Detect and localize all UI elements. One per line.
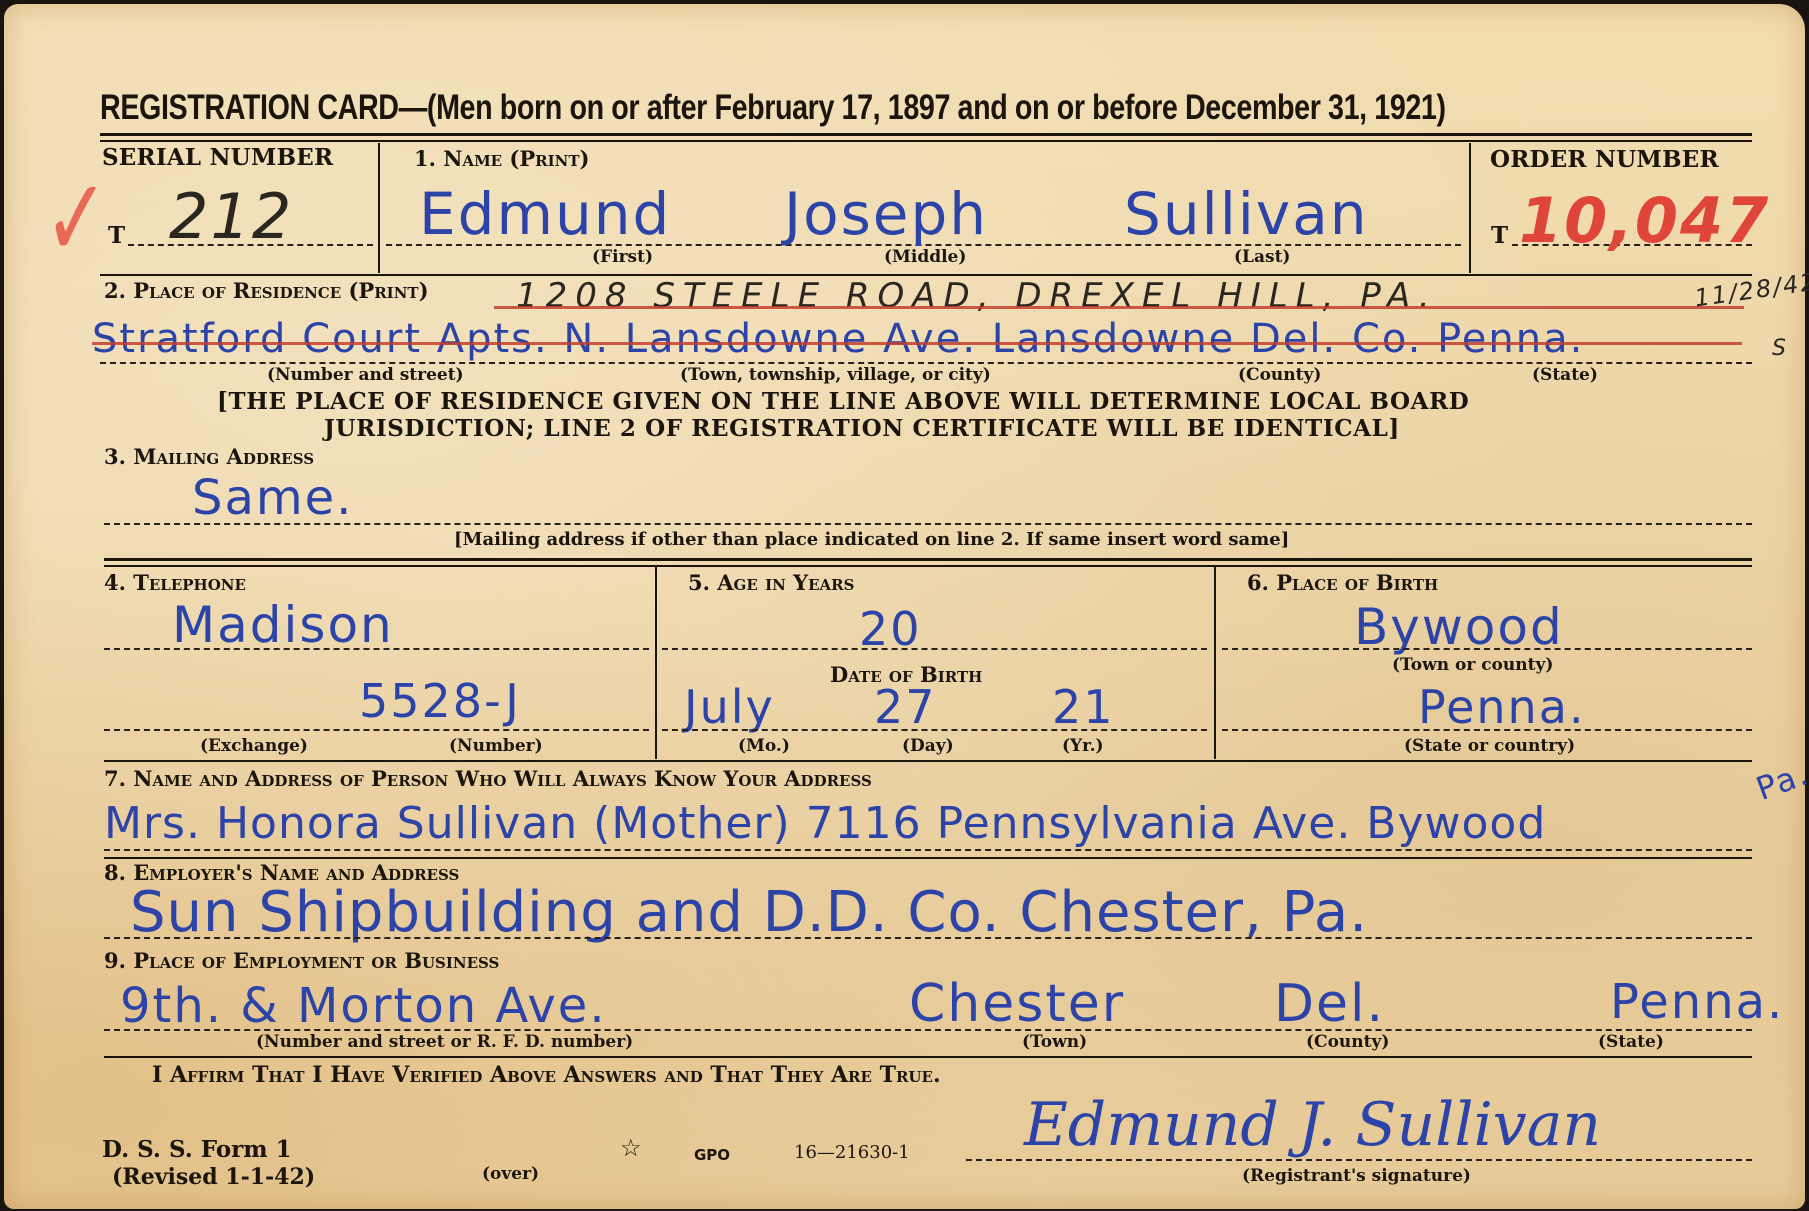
registrant-signature: Edmund J. Sullivan bbox=[1024, 1090, 1601, 1160]
contact-state-value: Pa. bbox=[1751, 754, 1809, 808]
star-icon: ☆ bbox=[620, 1134, 642, 1162]
employment-state-caption: (State) bbox=[1598, 1032, 1664, 1052]
affirmation-text: I Affirm That I Have Verified Above Answ… bbox=[152, 1062, 941, 1088]
residence-caption-town: (Town, township, village, or city) bbox=[680, 365, 991, 385]
mailing-address-value: Same. bbox=[192, 470, 353, 526]
birth-state-caption: (State or country) bbox=[1404, 736, 1575, 756]
row3-rule-bottom bbox=[104, 565, 1752, 567]
card-title: REGISTRATION CARD—(Men born on or after … bbox=[100, 88, 1446, 128]
signature-caption: (Registrant's signature) bbox=[1242, 1166, 1471, 1186]
contact-value: Mrs. Honora Sullivan (Mother) 7116 Penns… bbox=[104, 798, 1546, 849]
form-revised: (Revised 1-1-42) bbox=[112, 1164, 315, 1190]
last-caption: (Last) bbox=[1234, 247, 1290, 267]
age-line bbox=[662, 648, 1207, 650]
employment-town-value: Chester bbox=[909, 974, 1125, 1034]
order-number-value: 10,047 bbox=[1519, 184, 1770, 257]
print-code: 16—21630-1 bbox=[794, 1142, 910, 1163]
telephone-number-line bbox=[104, 729, 649, 731]
over-note: (over) bbox=[482, 1164, 539, 1184]
age-birth-divider bbox=[1214, 567, 1216, 759]
residence-strike-line-1 bbox=[494, 306, 1744, 309]
employment-place-label: 9. Place of Employment or Business bbox=[104, 948, 499, 973]
signature-line bbox=[966, 1159, 1752, 1161]
old-residence-value: Stratford Court Apts. N. Lansdowne Ave. … bbox=[92, 316, 1584, 362]
birth-town-caption: (Town or county) bbox=[1392, 655, 1553, 675]
mailing-note: [Mailing address if other than place ind… bbox=[454, 529, 1289, 550]
year-caption: (Yr.) bbox=[1062, 736, 1104, 756]
telephone-exchange-line bbox=[104, 648, 649, 650]
middle-caption: (Middle) bbox=[884, 247, 966, 267]
telephone-age-divider bbox=[655, 567, 657, 759]
employment-line bbox=[104, 1029, 1752, 1031]
residence-caption-state: (State) bbox=[1532, 365, 1598, 385]
birth-state-value: Penna. bbox=[1418, 680, 1586, 734]
row3-rule-top bbox=[104, 558, 1752, 561]
check-mark-icon: ✓ bbox=[44, 154, 110, 282]
name-label: 1. Name (Print) bbox=[414, 146, 589, 171]
residence-label: 2. Place of Residence (Print) bbox=[104, 278, 429, 303]
telephone-exchange-value: Madison bbox=[172, 596, 394, 654]
registration-card: REGISTRATION CARD—(Men born on or after … bbox=[4, 4, 1805, 1209]
birth-state-line bbox=[1222, 729, 1752, 731]
middle-name-value: Joseph bbox=[784, 180, 988, 248]
mailing-line bbox=[104, 523, 1752, 525]
serial-prefix: T bbox=[108, 222, 125, 249]
residence-notice-line-2: JURISDICTION; LINE 2 OF REGISTRATION CER… bbox=[324, 415, 1400, 442]
birth-month-value: July bbox=[684, 680, 775, 734]
first-caption: (First) bbox=[592, 247, 653, 267]
employer-value: Sun Shipbuilding and D.D. Co. Chester, P… bbox=[130, 880, 1368, 945]
order-number-label: ORDER NUMBER bbox=[1490, 146, 1719, 173]
form-name: D. S. S. Form 1 bbox=[102, 1136, 292, 1163]
row9-rule bbox=[104, 1056, 1752, 1058]
employment-county-caption: (County) bbox=[1306, 1032, 1389, 1052]
number-caption: (Number) bbox=[449, 736, 543, 756]
residence-line bbox=[100, 362, 1752, 364]
employer-line bbox=[104, 937, 1752, 939]
exchange-caption: (Exchange) bbox=[200, 736, 308, 756]
row4-rule bbox=[104, 760, 1752, 762]
telephone-label: 4. Telephone bbox=[104, 570, 246, 595]
residence-caption-county: (County) bbox=[1238, 365, 1321, 385]
employment-state-value: Penna. bbox=[1610, 974, 1784, 1030]
row7-rule bbox=[104, 857, 1752, 859]
residence-change-initial: S bbox=[1772, 336, 1788, 361]
order-prefix: T bbox=[1491, 222, 1508, 249]
serial-divider bbox=[378, 143, 380, 273]
new-residence-value: 1208 STEELE ROAD, DREXEL HILL, PA. bbox=[516, 276, 1438, 316]
residence-notice-line-1: [THE PLACE OF RESIDENCE GIVEN ON THE LIN… bbox=[217, 388, 1469, 415]
birth-year-value: 21 bbox=[1052, 680, 1115, 734]
residence-caption-street: (Number and street) bbox=[267, 365, 464, 385]
last-name-value: Sullivan bbox=[1124, 180, 1369, 248]
dob-line bbox=[662, 729, 1207, 731]
gpo-mark: GPO bbox=[694, 1146, 730, 1164]
month-caption: (Mo.) bbox=[738, 736, 790, 756]
age-label: 5. Age in Years bbox=[688, 570, 854, 595]
serial-number-label: SERIAL NUMBER bbox=[102, 144, 333, 171]
employment-town-caption: (Town) bbox=[1022, 1032, 1087, 1052]
employment-street-caption: (Number and street or R. F. D. number) bbox=[256, 1032, 633, 1052]
title-rule-bottom bbox=[100, 140, 1752, 142]
title-rule-top bbox=[100, 133, 1752, 136]
order-divider bbox=[1469, 143, 1471, 273]
contact-label: 7. Name and Address of Person Who Will A… bbox=[104, 766, 872, 791]
place-of-birth-label: 6. Place of Birth bbox=[1247, 570, 1438, 595]
residence-strike-line-2 bbox=[92, 342, 1742, 345]
contact-line bbox=[104, 849, 1752, 851]
day-caption: (Day) bbox=[902, 736, 954, 756]
telephone-number-value: 5528-J bbox=[359, 674, 521, 728]
first-name-value: Edmund bbox=[419, 180, 671, 248]
employment-street-value: 9th. & Morton Ave. bbox=[120, 978, 607, 1034]
mailing-address-label: 3. Mailing Address bbox=[104, 444, 314, 469]
serial-value: 212 bbox=[169, 180, 293, 253]
birth-town-line bbox=[1222, 648, 1752, 650]
birth-day-value: 27 bbox=[874, 680, 937, 734]
employment-county-value: Del. bbox=[1274, 974, 1385, 1034]
